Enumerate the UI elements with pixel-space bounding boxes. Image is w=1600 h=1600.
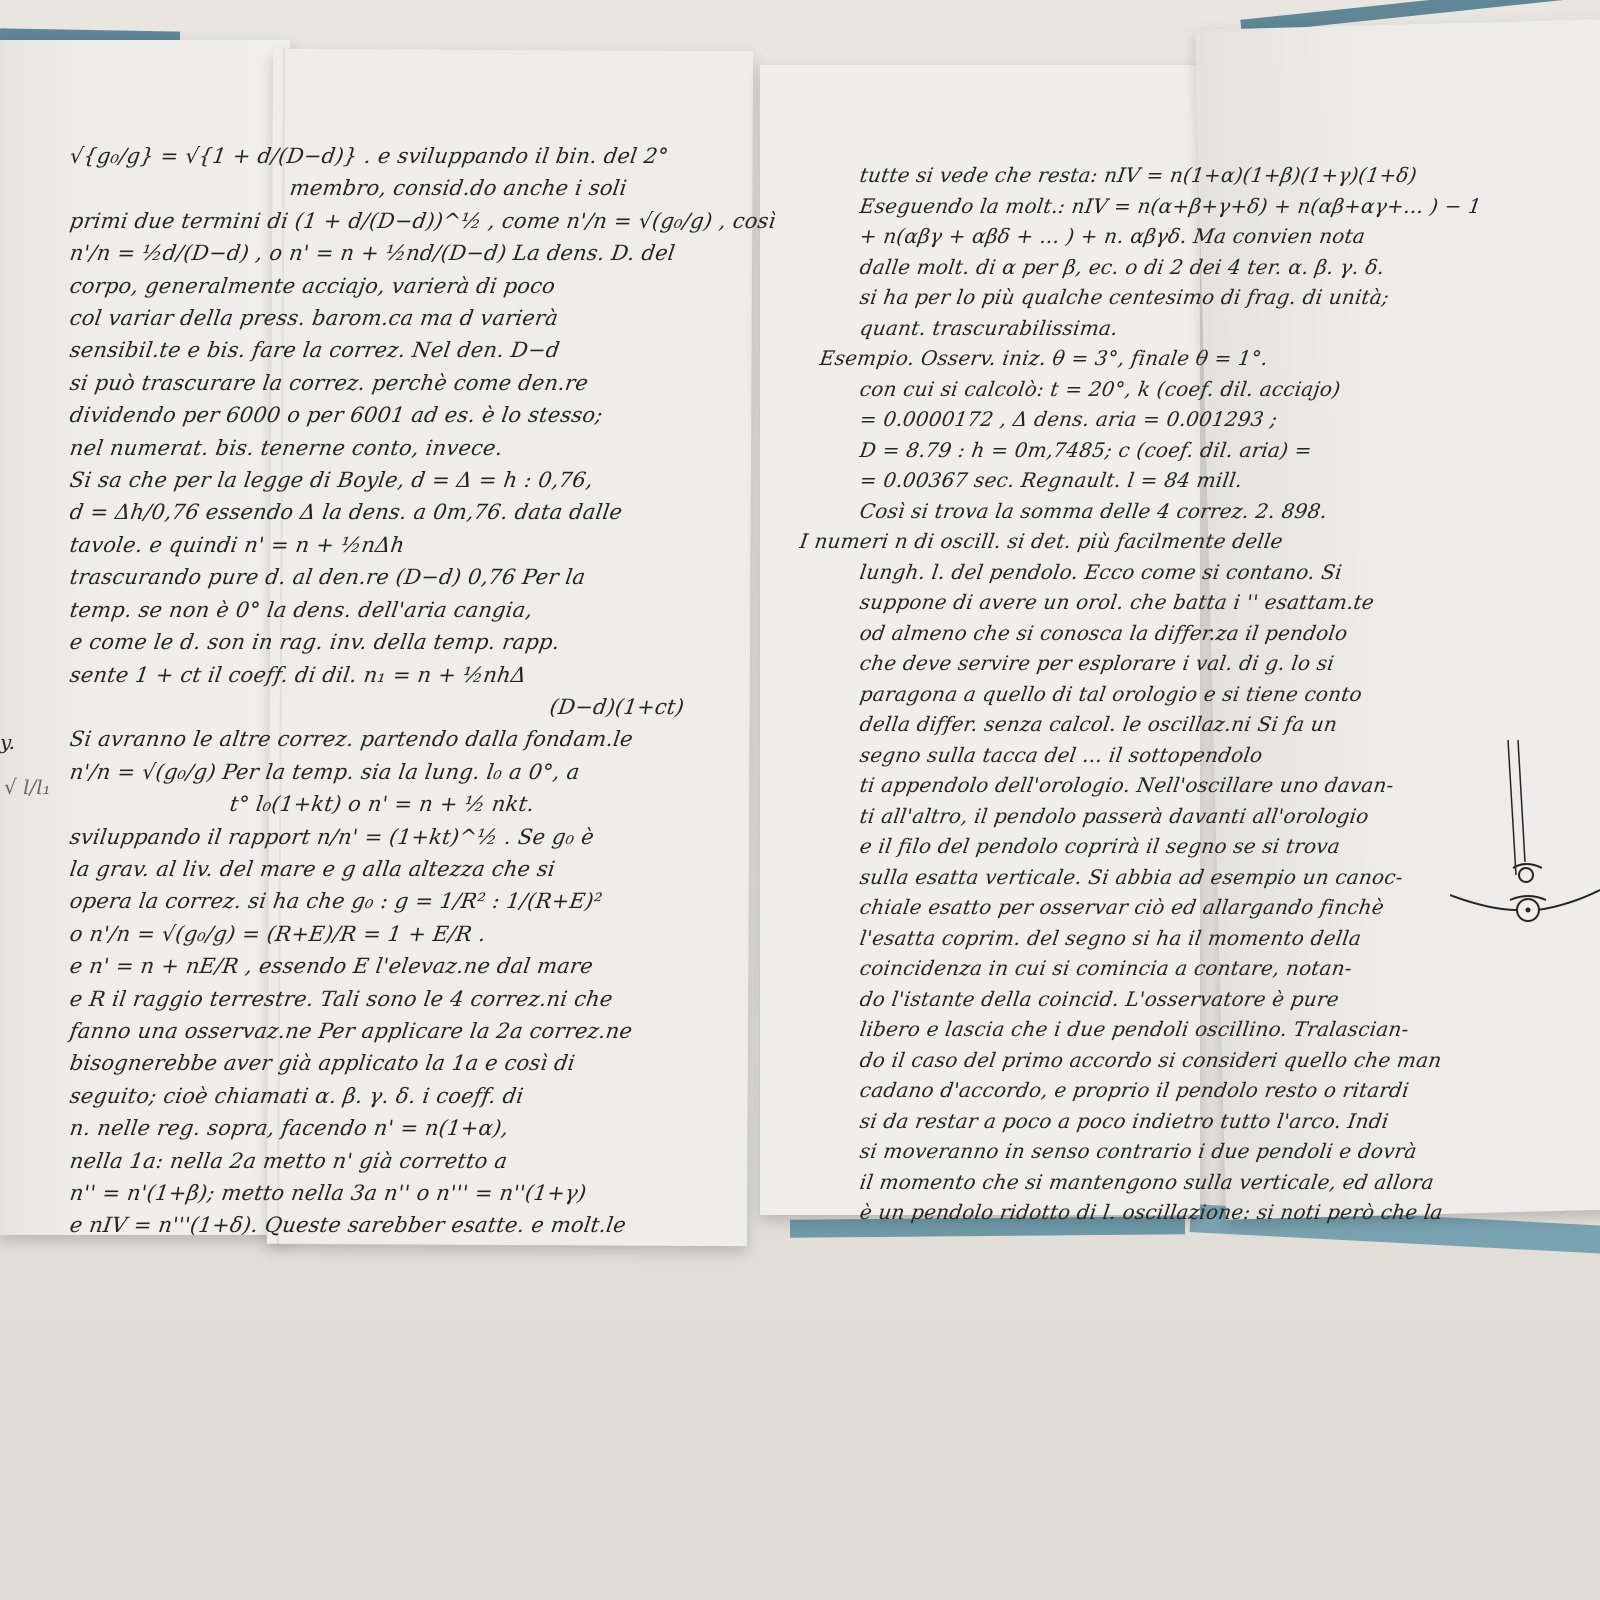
left-page-text: √{g₀/g} = √{1 + d/(D−d)} . e sviluppando… [70,140,776,1242]
text-line: col variar della press. barom.ca ma d va… [68,302,778,334]
text-line: e R il raggio terrestre. Tali sono le 4 … [68,983,778,1015]
text-line: fanno una osservaz.ne Per applicare la 2… [68,1015,778,1047]
text-line: opera la correz. si ha che g₀ : g = 1/R²… [68,885,778,917]
text-line: = 0.00367 sec. Regnault. l = 84 mill. [858,465,1484,496]
text-line: coincidenza in cui si comincia a contare… [858,953,1484,984]
pendulum-diagram-icon [1450,730,1600,930]
text-line: è un pendolo ridotto di l. oscillazione:… [858,1197,1484,1228]
text-line: n'/n = √(g₀/g) Per la temp. sia la lung.… [68,756,778,788]
text-line: Si sa che per la legge di Boyle, d = Δ =… [68,464,778,496]
text-line: si da restar a poco a poco indietro tutt… [858,1106,1484,1137]
text-line: Si avranno le altre correz. partendo dal… [68,723,778,755]
text-line: libero e lascia che i due pendoli oscill… [858,1014,1484,1045]
text-line: chiale esatto per osservar ciò ed allarg… [858,892,1484,923]
text-line: tutte si vede che resta: nIV = n(1+α)(1+… [858,160,1484,191]
text-line: primi due termini di (1 + d/(D−d))^½ , c… [68,205,778,237]
text-line: seguito; cioè chiamati α. β. γ. δ. i coe… [68,1080,778,1112]
text-line: suppone di avere un orol. che batta i ''… [858,587,1484,618]
text-line: n'' = n'(1+β); metto nella 3a n'' o n'''… [68,1177,778,1209]
text-line: dalle molt. di α per β, ec. o di 2 dei 4… [858,252,1484,283]
text-line: trascurando pure d. al den.re (D−d) 0,76… [68,561,778,593]
text-line: e n' = n + nE/R , essendo E l'elevaz.ne … [68,950,778,982]
text-line: si può trascurare la correz. perchè come… [68,367,778,399]
text-line: il momento che si mantengono sulla verti… [858,1167,1484,1198]
text-line: ti all'altro, il pendolo passerà davanti… [858,801,1484,832]
text-line: do il caso del primo accordo si consider… [858,1045,1484,1076]
text-line: d = Δh/0,76 essendo Δ la dens. a 0m,76. … [68,496,778,528]
text-line: si moveranno in senso contrario i due pe… [858,1136,1484,1167]
text-line: con cui si calcolò: t = 20°, k (coef. di… [858,374,1484,405]
margin-fragment: y. [0,730,15,754]
text-line: D = 8.79 : h = 0m,7485; c (coef. dil. ar… [858,435,1484,466]
text-line: temp. se non è 0° la dens. dell'aria can… [68,594,778,626]
text-line: si ha per lo più qualche centesimo di fr… [858,282,1484,313]
text-line: o n'/n = √(g₀/g) = (R+E)/R = 1 + E/R . [68,918,778,950]
text-line: = 0.0000172 , Δ dens. aria = 0.001293 ; [858,404,1484,435]
text-line: I numeri n di oscill. si det. più facilm… [798,526,1484,557]
text-line: nella 1a: nella 2a metto n' già corretto… [68,1145,778,1177]
text-line: n'/n = ½d/(D−d) , o n' = n + ½nd/(D−d) L… [68,237,778,269]
text-line: sulla esatta verticale. Si abbia ad esem… [858,862,1484,893]
text-line: e il filo del pendolo coprirà il segno s… [858,831,1484,862]
text-line: l'esatta coprim. del segno si ha il mome… [858,923,1484,954]
text-line: do l'istante della coincid. L'osservator… [858,984,1484,1015]
text-line: √{g₀/g} = √{1 + d/(D−d)} . e sviluppando… [68,140,778,172]
text-line: tavole. e quindi n' = n + ½nΔh [68,529,778,561]
text-line: segno sulla tacca del ... il sottopendol… [858,740,1484,771]
text-line: la grav. al liv. del mare e g alla altez… [68,853,778,885]
text-line: che deve servire per esplorare i val. di… [858,648,1484,679]
margin-fragment: √ l/l₁ [4,775,51,799]
text-line: bisognerebbe aver già applicato la 1a e … [68,1047,778,1079]
text-line: Esempio. Osserv. iniz. θ = 3°, finale θ … [818,343,1484,374]
text-line: nel numerat. bis. tenerne conto, invece. [68,432,778,464]
text-line: Così si trova la somma delle 4 correz. 2… [858,496,1484,527]
text-line: od almeno che si conosca la differ.za il… [858,618,1484,649]
text-line: cadano d'accordo, e proprio il pendolo r… [858,1075,1484,1106]
text-line: n. nelle reg. sopra, facendo n' = n(1+α)… [68,1112,778,1144]
text-line: sente 1 + ct il coeff. di dil. n₁ = n + … [68,659,778,691]
text-line: della differ. senza calcol. le oscillaz.… [858,709,1484,740]
text-line: Eseguendo la molt.: nIV = n(α+β+γ+δ) + n… [858,191,1484,222]
text-line: membro, consid.do anche i soli [68,172,778,204]
text-line: corpo, generalmente acciajo, varierà di … [68,270,778,302]
text-line: sensibil.te e bis. fare la correz. Nel d… [68,334,778,366]
text-line: paragona a quello di tal orologio e si t… [858,679,1484,710]
text-line: e nIV = n'''(1+δ). Queste sarebber esatt… [68,1209,778,1241]
text-line: ti appendolo dell'orologio. Nell'oscilla… [858,770,1484,801]
text-line: quant. trascurabilissima. [858,313,1484,344]
text-line: sviluppando il rapport n/n' = (1+kt)^½ .… [68,821,778,853]
text-line: lungh. l. del pendolo. Ecco come si cont… [858,557,1484,588]
right-page-text: tutte si vede che resta: nIV = n(1+α)(1+… [860,160,1481,1228]
text-line: e come le d. son in rag. inv. della temp… [68,626,778,658]
text-line: + n(αβγ + αβδ + ... ) + n. αβγδ. Ma conv… [858,221,1484,252]
text-line: dividendo per 6000 o per 6001 ad es. è l… [68,399,778,431]
text-line: (D−d)(1+ct) [68,691,778,723]
text-line: t° l₀(1+kt) o n' = n + ½ nkt. [68,788,778,820]
